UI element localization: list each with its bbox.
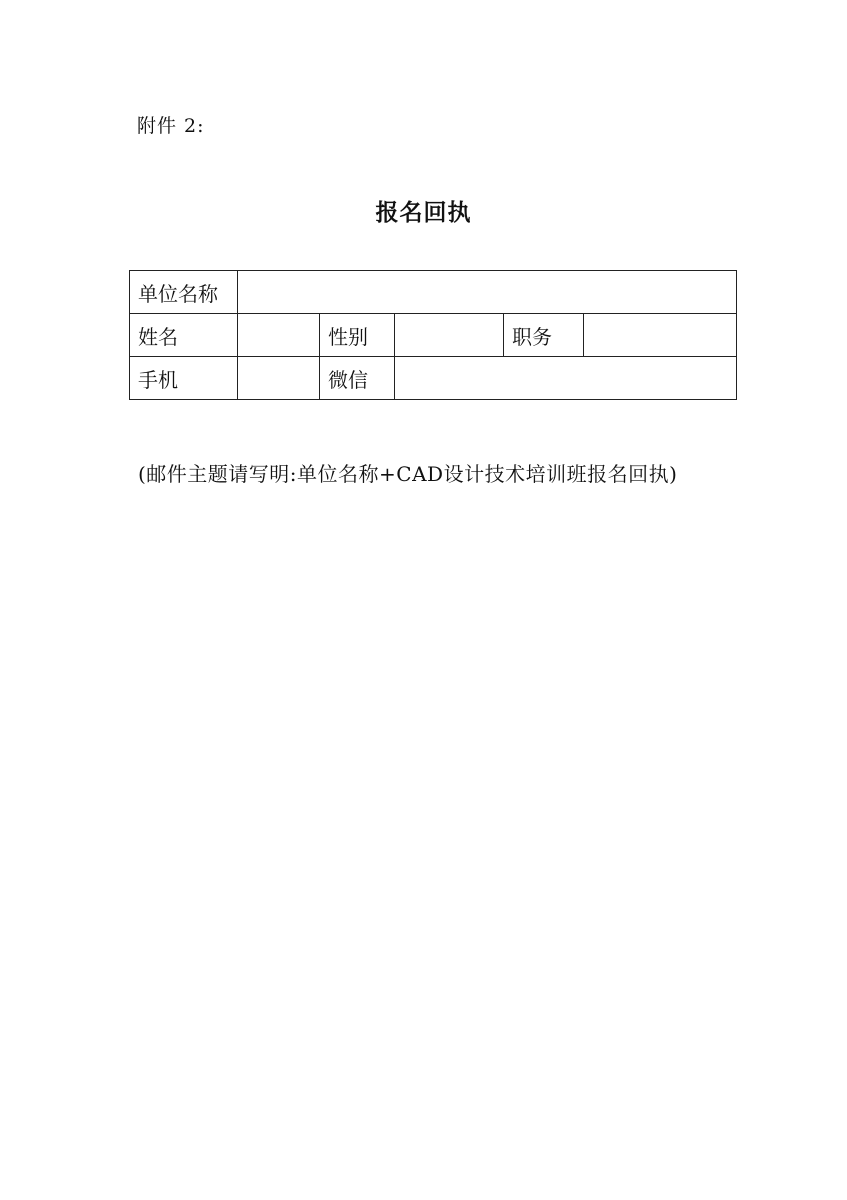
label-position: 职务	[504, 314, 584, 357]
mobile-field[interactable]	[238, 357, 320, 400]
email-subject-note: (邮件主题请写明:单位名称+CAD设计技术培训班报名回执)	[138, 458, 677, 487]
table-row: 姓名 性别 职务	[130, 314, 737, 357]
table-row: 单位名称	[130, 271, 737, 314]
label-gender: 性别	[320, 314, 395, 357]
table-row: 手机 微信	[130, 357, 737, 400]
label-organization: 单位名称	[130, 271, 238, 314]
page-title: 报名回执	[0, 194, 847, 227]
position-field[interactable]	[584, 314, 737, 357]
gender-field[interactable]	[395, 314, 504, 357]
attachment-label: 附件 2:	[137, 111, 205, 138]
name-field[interactable]	[238, 314, 320, 357]
label-name: 姓名	[130, 314, 238, 357]
label-wechat: 微信	[320, 357, 395, 400]
organization-field[interactable]	[238, 271, 737, 314]
label-mobile: 手机	[130, 357, 238, 400]
wechat-field[interactable]	[395, 357, 737, 400]
registration-form-table: 单位名称 姓名 性别 职务 手机 微信	[129, 270, 737, 400]
